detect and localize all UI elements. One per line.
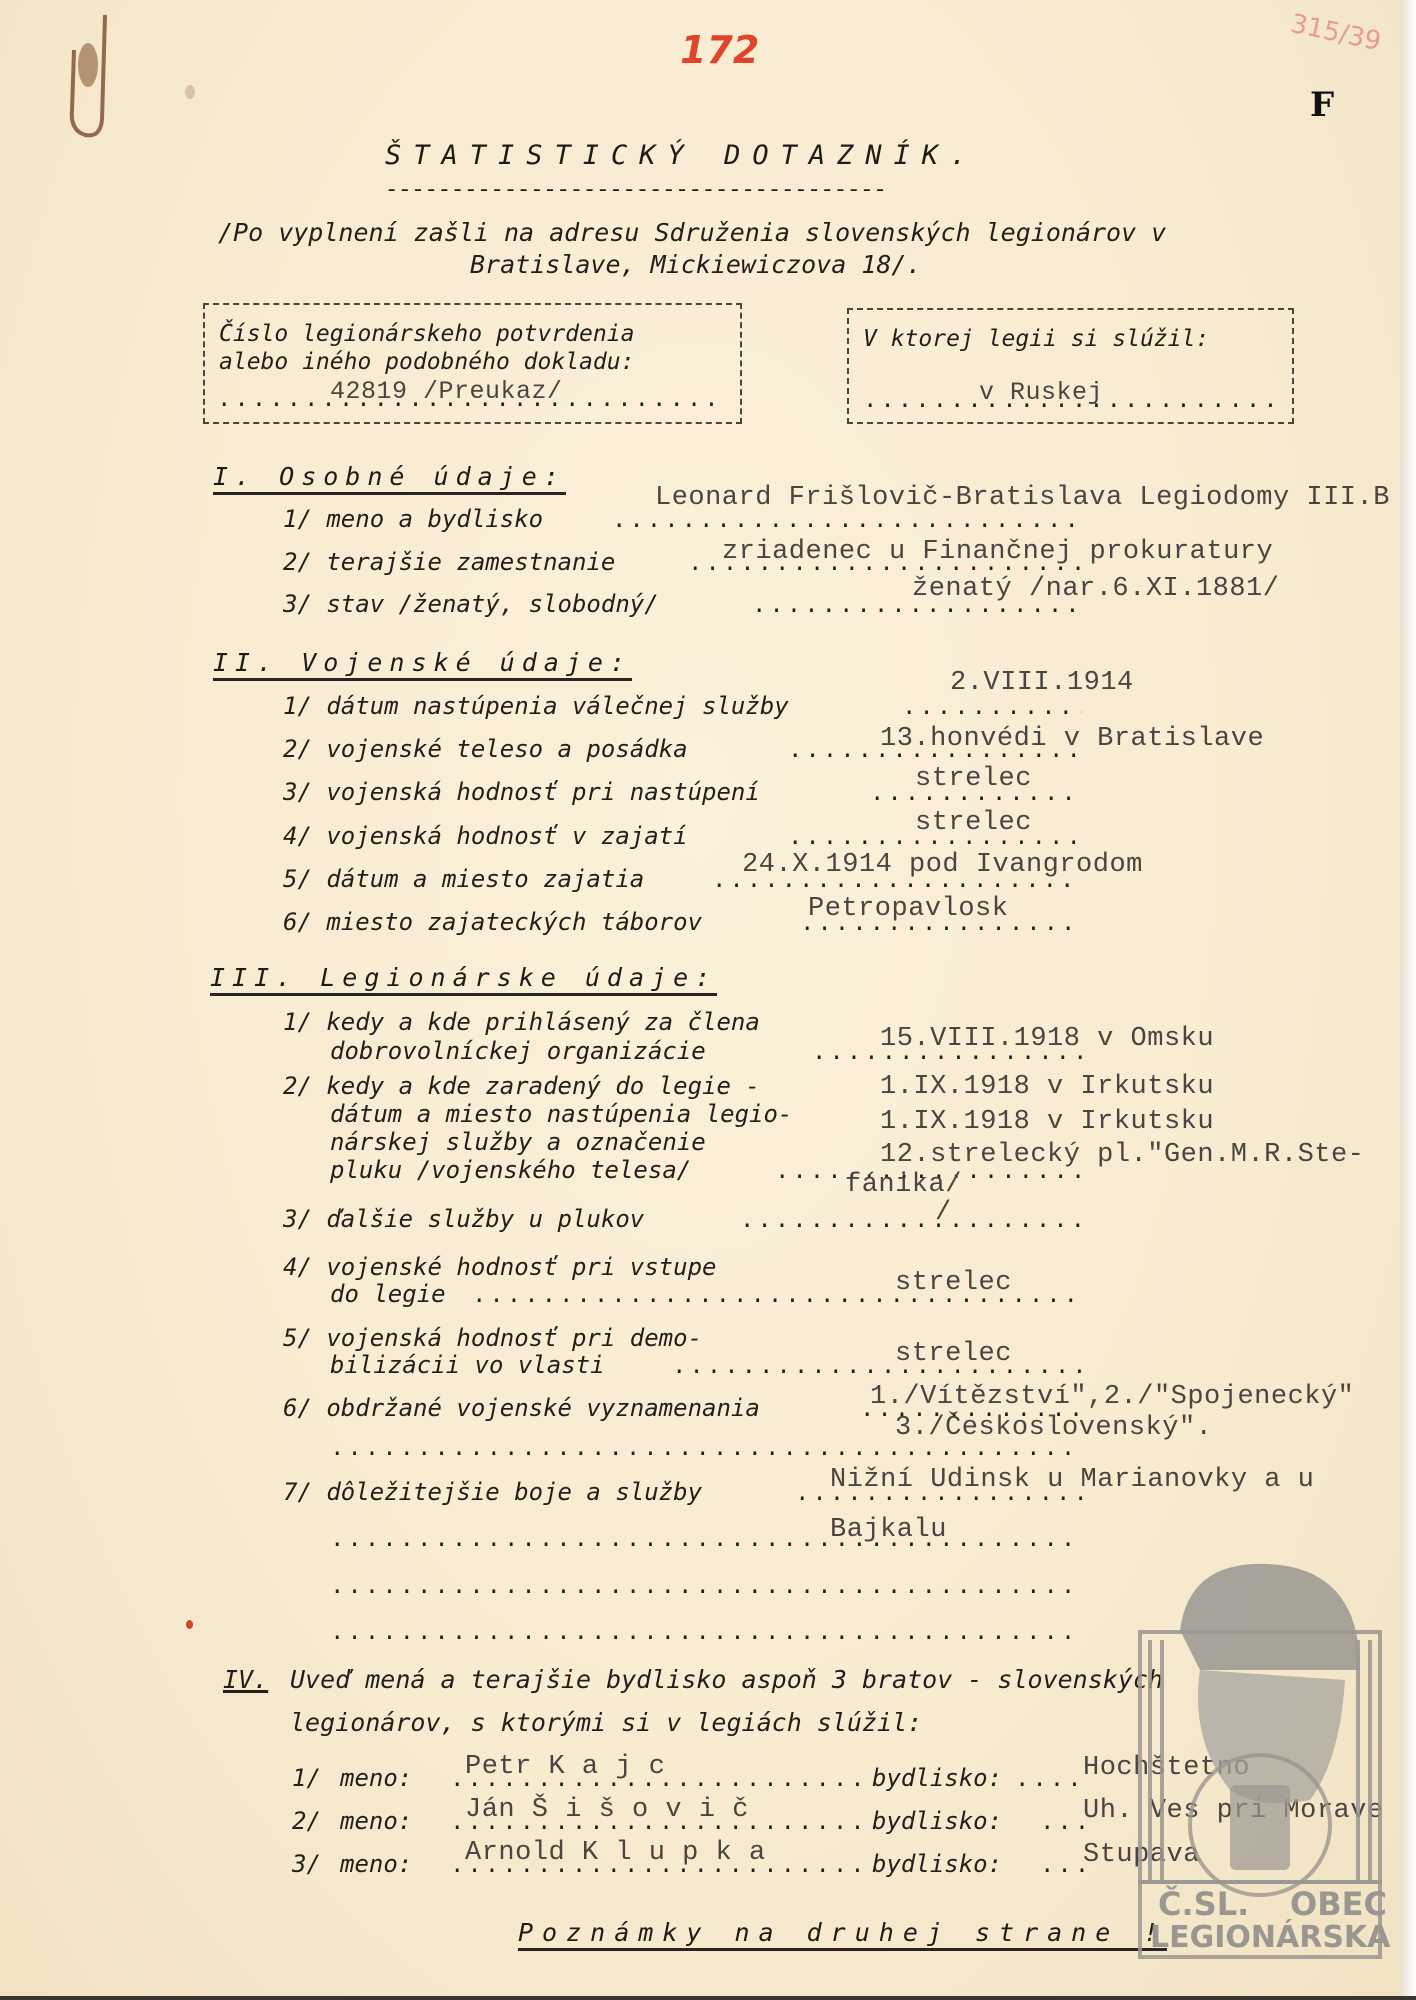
other-service-value[interactable]: / — [935, 1198, 952, 1228]
name-label: meno: — [340, 1850, 412, 1878]
field-label: 7/ dôležitejšie boje a služby — [283, 1478, 702, 1506]
field-label: dobrovolníckej organizácie — [330, 1037, 706, 1065]
dotted-leader: ........................................… — [330, 1527, 1082, 1554]
stamp-text-bottom: LEGIONÁRSKA — [1150, 1920, 1390, 1955]
row-number: 1/ — [292, 1764, 321, 1792]
section-1-heading: I. Osobné údaje: — [213, 462, 566, 495]
instructions-line-1: /Po vyplnení zašli na adresu Sdruženia s… — [218, 218, 1166, 247]
dotted-leader: ............................ — [740, 1208, 1083, 1235]
field-label: 6/ miesto zajateckých táborov — [283, 908, 702, 936]
row-number: 3/ — [292, 1850, 321, 1878]
field-label: 2/ kedy a kde zaradený do legie - — [283, 1072, 760, 1100]
field-label: nárskej služby a označenie — [330, 1128, 706, 1156]
certificate-number-box: Číslo legionárskeho potvrdenia alebo iné… — [203, 303, 742, 424]
paper-edge-right — [1400, 0, 1416, 2000]
field-label: 4/ vojenské hodnosť pri vstupe — [283, 1253, 716, 1281]
legion-assignment-value-1[interactable]: 1.IX.1918 v Irkutsku — [880, 1072, 1214, 1102]
capture-date-place-value[interactable]: 24.X.1914 pod Ivangrodom — [742, 850, 1143, 880]
dotted-leader: ........................................… — [330, 1620, 1082, 1647]
regiment-value-1[interactable]: 12.strelecký pl."Gen.M.R.Ste- — [880, 1140, 1364, 1170]
residence-label: bydlisko: — [872, 1850, 1002, 1878]
footer-note: Poznámky na druhej strane ! — [518, 1918, 1167, 1951]
name-label: meno: — [340, 1764, 412, 1792]
pow-camps-value[interactable]: Petropavlosk — [808, 894, 1008, 924]
legion-box: V ktorej legii si slúžil: ..............… — [847, 308, 1294, 424]
field-label: 3/ vojenská hodnosť pri nastúpení — [283, 778, 760, 806]
field-label: pluku /vojenského telesa/ — [330, 1156, 691, 1184]
dotted-leader: ....... — [1015, 1767, 1085, 1794]
field-label: 3/ stav /ženatý, slobodný/ — [283, 590, 659, 618]
field-label: 1/ meno a bydlisko — [283, 505, 543, 533]
comrade-name[interactable]: Ján Š i š o v i č — [465, 1795, 749, 1825]
red-pencil-number: 172 — [680, 28, 759, 72]
field-label: 1/ dátum nastúpenia válečnej služby — [283, 692, 789, 720]
field-label: do legie — [330, 1280, 446, 1308]
field-label: 5/ dátum a miesto zajatia — [283, 865, 644, 893]
section-4-heading-line-2: legionárov, s ktorými si v legiách slúži… — [290, 1708, 922, 1737]
instructions-line-2: Bratislave, Mickiewiczova 18/. — [470, 250, 922, 279]
dotted-leader: ..... — [1040, 1853, 1085, 1880]
residence-label: bydlisko: — [872, 1807, 1002, 1835]
comrade-name[interactable]: Petr K a j c — [465, 1752, 665, 1782]
row-number: 2/ — [292, 1807, 321, 1835]
rank-at-enlistment-value[interactable]: strelec — [915, 764, 1032, 794]
name-residence-value[interactable]: Leonard Frišlovič-Bratislava Legiodomy I… — [655, 483, 1390, 513]
field-label: 5/ vojenská hodnosť pri demo- — [283, 1324, 702, 1352]
field-label: 2/ vojenské teleso a posádka — [283, 735, 688, 763]
corner-mark: F — [1310, 85, 1334, 125]
regiment-value-2[interactable]: fánika/ — [845, 1170, 962, 1200]
stamp-text-right: OBEC — [1290, 1885, 1387, 1923]
paper-edge-bottom — [0, 1996, 1416, 2000]
volunteer-registration-value[interactable]: 15.VIII.1918 v Omsku — [880, 1024, 1214, 1054]
dotted-leader: ........................................… — [330, 1436, 1082, 1463]
stain-spot — [185, 85, 195, 99]
section-3-heading: III. Legionárske údaje: — [210, 963, 717, 996]
red-dot-mark — [186, 1620, 193, 1629]
marital-status-value[interactable]: ženatý /nar.6.XI.1881/ — [912, 574, 1279, 604]
field-label: 3/ ďalšie služby u plukov — [283, 1205, 644, 1233]
unit-garrison-value[interactable]: 13.honvédi v Bratislave — [880, 724, 1264, 754]
dotted-leader: ............... — [902, 695, 1082, 722]
certificate-number-value[interactable]: 42819 /Preukaz/ — [330, 377, 563, 406]
dotted-leader: ................................. — [672, 1354, 1082, 1381]
field-label: 4/ vojenská hodnosť v zajatí — [283, 822, 688, 850]
legion-stamp-logo: Č.SL. OBEC LEGIONÁRSKA — [1110, 1560, 1390, 1960]
certificate-label-line-2: alebo iného podobného dokladu: — [219, 349, 634, 375]
section-2-heading: II. Vojenské údaje: — [213, 648, 632, 681]
rank-on-demobilization-value[interactable]: strelec — [895, 1339, 1012, 1369]
occupation-value[interactable]: zriadenec u Finančnej prokuratury — [722, 537, 1273, 567]
dotted-leader: ..... — [1040, 1810, 1085, 1837]
residence-label: bydlisko: — [872, 1764, 1002, 1792]
field-label: 2/ terajšie zamestnanie — [283, 548, 615, 576]
service-start-value[interactable]: 2.VIII.1914 — [950, 668, 1134, 698]
page-title: ŠTATISTICKÝ DOTAZNÍK. — [385, 140, 978, 171]
dotted-leader: ........................................… — [330, 1574, 1082, 1601]
field-label: 6/ obdržané vojenské vyznamenania — [283, 1394, 760, 1422]
legion-label: V ktorej legii si slúžil: — [863, 326, 1209, 352]
stamp-text-left: Č.SL. — [1158, 1885, 1249, 1923]
certificate-label-line-1: Číslo legionárskeho potvrdenia — [219, 321, 634, 347]
name-label: meno: — [340, 1807, 412, 1835]
legion-assignment-value-2[interactable]: 1.IX.1918 v Irkutsku — [880, 1107, 1214, 1137]
title-rule: -------------------------------------- — [385, 178, 887, 203]
rank-in-captivity-value[interactable]: strelec — [915, 808, 1032, 838]
rank-on-joining-value[interactable]: strelec — [895, 1268, 1012, 1298]
legion-value[interactable]: v Ruskej — [979, 378, 1103, 407]
section-4-heading-line-1: Uveď mená a terajšie bydlisko aspoň 3 br… — [290, 1665, 1163, 1694]
field-label: 1/ kedy a kde prihlásený za člena — [283, 1008, 760, 1036]
paperclip-stain-icon — [60, 10, 130, 140]
comrade-name[interactable]: Arnold K l u p k a — [465, 1838, 766, 1868]
field-label: dátum a miesto nastúpenia legio- — [330, 1100, 792, 1128]
field-label: bilizácii vo vlasti — [330, 1351, 605, 1379]
decorations-value-1[interactable]: 1./Vítězství",2./"Spojenecký" — [870, 1382, 1354, 1412]
battles-value-1[interactable]: Nižní Udinsk u Marianovky a u — [830, 1465, 1314, 1495]
section-4-number: IV. — [223, 1665, 268, 1694]
